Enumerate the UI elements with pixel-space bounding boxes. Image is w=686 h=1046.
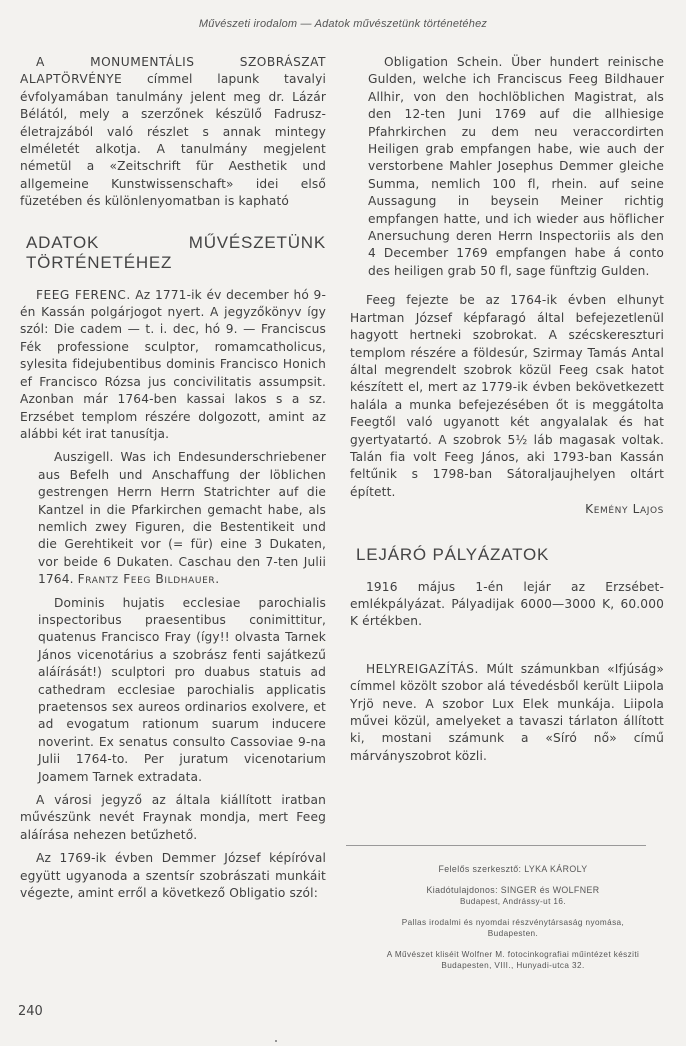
intro-paragraph: A MONUMENTÁLIS SZOBRÁSZAT ALAPTÖRVÉNYE c… <box>20 54 326 211</box>
imprint-blocks-address: Budapesten, VIII., Hunyadi-utca 32. <box>340 960 686 972</box>
demmer-paragraph: Az 1769-ik évben Demmer József képíróval… <box>20 850 326 902</box>
obligation-paragraph: Obligation Schein. Über hundert reinisch… <box>368 54 664 280</box>
correction-text: Múlt számunkban «Ifjúság» címmel közölt … <box>350 662 664 763</box>
quote1-signature: Frantz Feeg Bildhauer. <box>78 572 220 586</box>
correction-paragraph: HELYREIGAZÍTÁS. Múlt számunkban «Ifjúság… <box>350 661 664 765</box>
right-column: Obligation Schein. Über hundert reinisch… <box>350 54 664 771</box>
imprint-publisher-address: Budapest, Andrássy-ut 16. <box>340 896 686 908</box>
section-title-palyazatok: LEJÁRÓ PÁLYÁZATOK <box>356 545 664 565</box>
left-column: A MONUMENTÁLIS SZOBRÁSZAT ALAPTÖRVÉNYE c… <box>20 54 326 908</box>
imprint: Felelős szerkesztő: LYKA KÁROLY Kiadótul… <box>340 864 686 972</box>
feeg-finish-paragraph: Feeg fejezte be az 1764-ik évben elhunyt… <box>350 292 664 518</box>
latin-paragraph: Dominis hujatis ecclesiae parochialis in… <box>38 595 326 786</box>
page-number: 240 <box>18 1004 43 1019</box>
quote-auszigell: Auszigell. Was ich Endesunderschriebener… <box>38 449 326 588</box>
section-title-adatok: ADATOK MŰVÉSZETÜNK TÖRTÉNETÉHEZ <box>26 233 326 273</box>
feeg-caps: FEEG FERENC. <box>36 288 131 302</box>
feeg-paragraph: FEEG FERENC. Az 1771-ik év december hó 9… <box>20 287 326 444</box>
notary-paragraph: A városi jegyző az általa kiállított ira… <box>20 792 326 844</box>
imprint-printer: Pallas irodalmi és nyomdai részvénytársa… <box>340 917 686 929</box>
competition-paragraph: 1916 május 1-én lejár az Erzsébet-emlékp… <box>350 579 664 631</box>
author-signature: Kemény Lajos <box>350 501 664 518</box>
imprint-blocks: A Művészet kliséit Wolfner M. fotocinkog… <box>340 949 686 961</box>
imprint-printer-city: Budapesten. <box>340 928 686 940</box>
intro-text: címmel lapunk tavalyi évfolyamában tanul… <box>20 72 326 208</box>
quote1-text: Auszigell. Was ich Endesunderschriebener… <box>38 450 326 586</box>
correction-caps: HELYREIGAZÍTÁS. <box>366 662 479 676</box>
print-speck <box>275 1040 277 1042</box>
feeg-finish-text: Feeg fejezte be az 1764-ik évben elhunyt… <box>350 293 664 498</box>
running-head: Művészeti irodalom — Adatok művészetünk … <box>0 18 686 30</box>
feeg-text: Az 1771-ik év december hó 9-én Kassán po… <box>20 288 326 441</box>
imprint-divider <box>346 845 646 846</box>
imprint-editor: Felelős szerkesztő: LYKA KÁROLY <box>340 864 686 876</box>
imprint-publisher: Kiadótulajdonos: SINGER és WOLFNER <box>340 885 686 897</box>
